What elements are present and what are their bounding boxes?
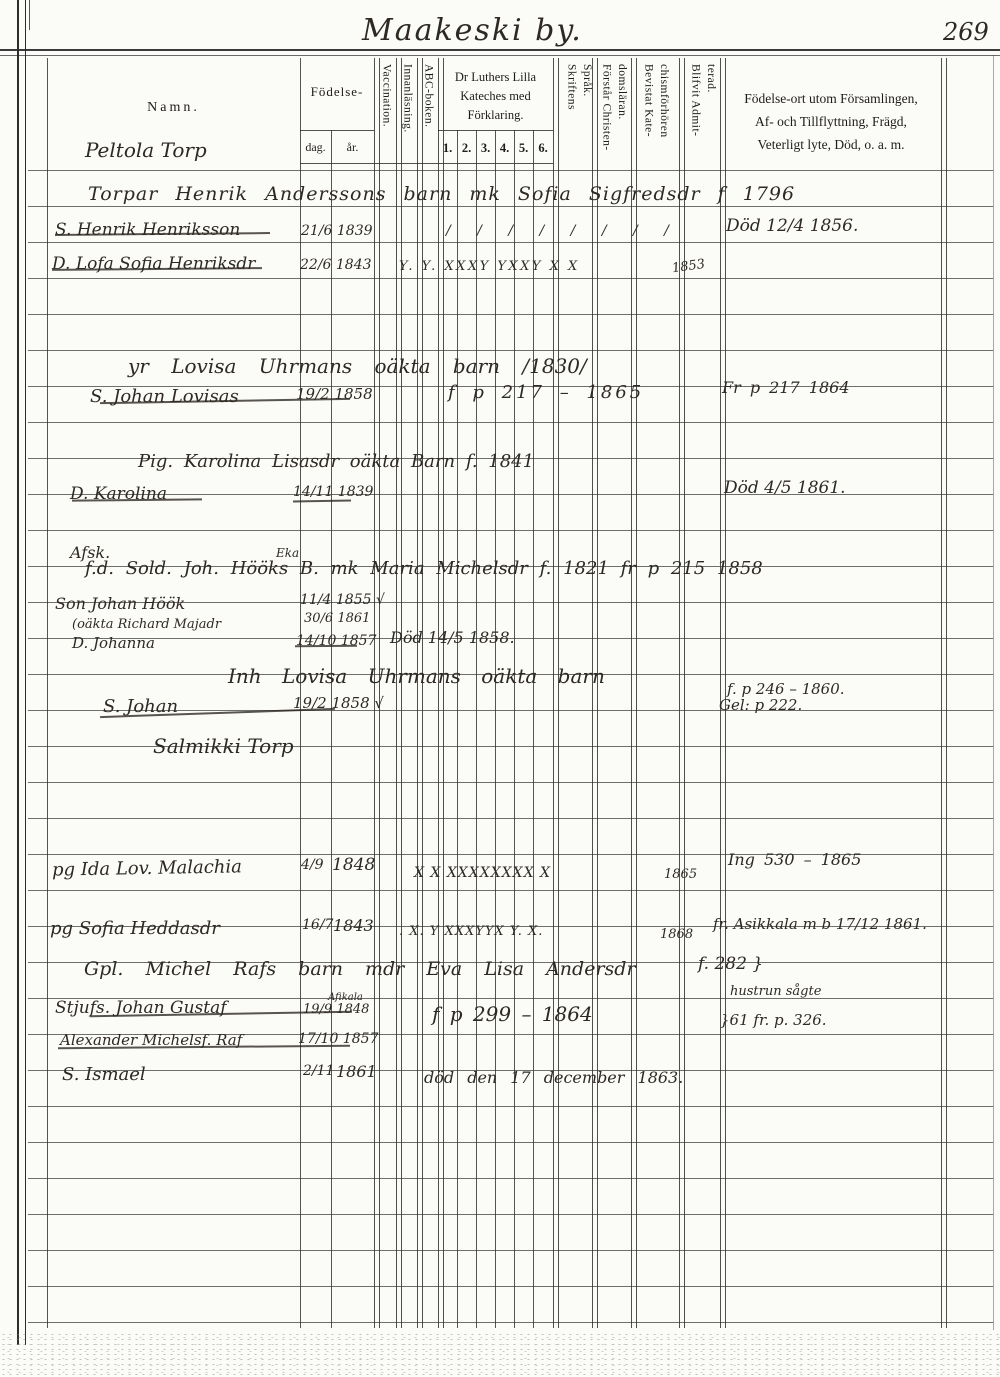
entry-r2-date: 22/6 1843 bbox=[300, 258, 372, 272]
column-rule bbox=[457, 130, 458, 1328]
entry-r10-name: Stjufs. Johan Gustaf bbox=[55, 1000, 227, 1017]
entry-family4-superscript: Eka bbox=[276, 547, 299, 559]
column-rule bbox=[476, 130, 477, 1328]
entry-r1-death-note: Död 12/4 1856. bbox=[726, 218, 858, 235]
kateches-col-6: 6. bbox=[533, 141, 553, 156]
entry-r3-transfer-note: f p 217 – 1865 bbox=[448, 384, 644, 402]
entry-r3-margin-note: Fr p 217 1864 bbox=[722, 380, 850, 396]
column-rule bbox=[396, 58, 402, 1328]
entry-torp-peltola: Peltola Torp bbox=[85, 140, 207, 160]
entry-r12-name: S. Ismael bbox=[62, 1066, 146, 1084]
entry-family5-margin-note2: Gel: p 222. bbox=[719, 698, 802, 713]
entry-r11-date: 17/10 1857 bbox=[298, 1032, 378, 1046]
column-rule bbox=[631, 58, 637, 1328]
column-rule bbox=[720, 58, 726, 1328]
entry-r3-name: S. Johan Lovisas bbox=[90, 388, 239, 406]
col-header-kateches: Dr Luthers Lilla Kateches med Förklaring… bbox=[438, 68, 553, 124]
col-header-dag: dag. bbox=[300, 140, 331, 155]
entry-r12-birth-day: 2/11 bbox=[303, 1064, 334, 1078]
column-rule bbox=[331, 130, 332, 1328]
entry-r8-name: pg Ida Lov. Malachia bbox=[52, 858, 242, 879]
entry-r5-name: Son Johan Höök bbox=[55, 596, 185, 612]
column-rule bbox=[679, 58, 685, 1328]
entry-r10-date: 19/9 1848 bbox=[303, 1003, 369, 1016]
entry-r5b-date: 30/6 1861 bbox=[304, 612, 370, 625]
col-header-ar: år. bbox=[331, 140, 374, 155]
entry-r9-birth-day: 16/7 bbox=[302, 918, 333, 932]
column-rule bbox=[438, 58, 444, 1328]
entry-family6-header: Gpl. Michel Rafs barn mdr Eva Lisa Ander… bbox=[84, 960, 636, 979]
col-header-bevistat-katechismforhoren: Bevistat Kate- chismförhören bbox=[640, 64, 671, 176]
column-rule bbox=[47, 58, 48, 1328]
column-rule bbox=[29, 0, 30, 30]
entry-r8-marks: X X XXXXXXXX X bbox=[414, 866, 551, 880]
page-title-handwritten: Maakeski by. bbox=[362, 16, 583, 46]
entry-r1-name: S. Henrik Henriksson bbox=[55, 222, 240, 239]
col-header-blifvit-admitterad: Blifvit Admit- terad. bbox=[687, 64, 718, 174]
entry-r8-birth-year: 1848 bbox=[332, 857, 375, 874]
kateches-col-5: 5. bbox=[514, 141, 533, 156]
entry-r7-name: S. Johan bbox=[103, 698, 178, 716]
entry-r4-death-note: Död 4/5 1861. bbox=[724, 480, 846, 497]
entry-r8-birth-day: 4/9 bbox=[301, 858, 324, 872]
entry-r10-margin-note: }61 fr. p. 326. bbox=[720, 1013, 827, 1028]
col-header-namn: Namn. bbox=[47, 100, 300, 116]
page-number: 269 bbox=[943, 20, 989, 44]
entry-r2-name: D. Lofa Sofia Henriksdr bbox=[52, 256, 255, 273]
entry-r4-date: 14/11 1839 bbox=[293, 485, 373, 499]
entry-family1-header: Torpar Henrik Anderssons barn mk Sofia S… bbox=[88, 185, 795, 204]
entry-r8-margin-note: Ing 530 – 1865 bbox=[728, 852, 861, 868]
column-rule bbox=[514, 130, 515, 1328]
entry-r6-name: D. Johanna bbox=[72, 636, 155, 651]
entry-family4-header: f.d. Sold. Joh. Hööks B. mk Maria Michel… bbox=[85, 560, 763, 578]
col-header-abc-boken: ABC-boken. bbox=[420, 64, 436, 168]
column-rule bbox=[553, 58, 559, 1328]
entry-family5-margin-note1: f. p 246 – 1860. bbox=[727, 682, 845, 697]
entry-r9-margin-note: fr. Asikkala m b 17/12 1861. bbox=[713, 917, 927, 932]
entry-r9-marks: . X. Y XXXYYX Y. X. bbox=[399, 925, 543, 938]
ledger-page: Maakeski by. 269 Namn. Födelse- dag. år.… bbox=[0, 0, 1000, 1377]
column-rule bbox=[300, 58, 301, 1328]
header-subrule bbox=[300, 130, 374, 131]
kateches-col-3: 3. bbox=[476, 141, 495, 156]
entry-r11-name: Alexander Michelsf. Raf bbox=[60, 1033, 242, 1048]
kateches-col-4: 4. bbox=[495, 141, 514, 156]
top-rule bbox=[0, 49, 1000, 51]
entry-family2-header: yr Lovisa Uhrmans oäkta barn /1830/ bbox=[128, 356, 587, 376]
entry-r8-admit-year: 1865 bbox=[664, 868, 697, 881]
entry-r5b-name: (oäkta Richard Majadr bbox=[72, 618, 221, 631]
entry-r12-death-note: död den 17 december 1863. bbox=[424, 1070, 683, 1086]
scan-noise bbox=[0, 1332, 1000, 1377]
entry-r2-marks: Y. Y. XXXY YXXY X X bbox=[399, 260, 580, 273]
column-rule bbox=[417, 58, 423, 1328]
entry-family3-header: Pig. Karolina Lisasdr oäkta Barn f. 1841 bbox=[138, 453, 534, 471]
column-rule bbox=[993, 55, 994, 1330]
entry-r4-name: D. Karolina bbox=[70, 486, 167, 503]
entry-r1-marks: / / / / / / / / bbox=[446, 224, 680, 238]
kateches-col-1: 1. bbox=[438, 141, 457, 156]
entry-family5-header: Inh Lovisa Uhrmans oäkta barn bbox=[228, 666, 605, 686]
col-header-vaccination: Vaccination. bbox=[378, 64, 394, 168]
col-header-innanlasning: Innanläsning. bbox=[399, 64, 415, 168]
entry-r7-date: 19/2 1858 √ bbox=[293, 696, 384, 711]
col-header-notes: Födelse-ort utom Församlingen, Af- och T… bbox=[724, 88, 938, 157]
entry-r3-date: 19/2 1858 bbox=[296, 387, 373, 402]
top-rule-thin bbox=[0, 55, 1000, 56]
entry-family6-margin-note: f. 282 } bbox=[698, 956, 763, 973]
entry-r9-name: pg Sofia Heddasdr bbox=[50, 920, 220, 938]
column-rule bbox=[17, 0, 26, 1345]
col-header-skriftens-sprak: Skriftens Språk. bbox=[563, 64, 594, 174]
entry-r6-date: 14/10 1857 bbox=[296, 634, 376, 648]
entry-r6-death-note: Död 14/5 1858. bbox=[390, 630, 515, 646]
column-rule bbox=[533, 130, 534, 1328]
column-rule bbox=[495, 130, 496, 1328]
entry-r5-date: 11/4 1855 √ bbox=[300, 593, 385, 607]
entry-r12-birth-year: 1861 bbox=[336, 1064, 377, 1080]
col-header-fodelse: Födelse- bbox=[300, 84, 374, 100]
col-header-forstar-christendomslaran: Förstår Christen- domsläran. bbox=[598, 64, 629, 176]
column-rule bbox=[941, 58, 947, 1328]
column-rule bbox=[592, 58, 598, 1328]
entry-r9-birth-year: 1843 bbox=[333, 918, 374, 934]
entry-r9-admit-year: 1868 bbox=[660, 928, 693, 941]
entry-r1-date: 21/6 1839 bbox=[301, 224, 373, 238]
entry-r10-transfer-note: f p 299 – 1864 bbox=[432, 1004, 593, 1024]
entry-torp-salmikki: Salmikki Torp bbox=[153, 736, 294, 756]
column-rule bbox=[374, 58, 380, 1328]
kateches-col-2: 2. bbox=[457, 141, 476, 156]
entry-family6-subnote: hustrun sågte bbox=[730, 985, 821, 998]
